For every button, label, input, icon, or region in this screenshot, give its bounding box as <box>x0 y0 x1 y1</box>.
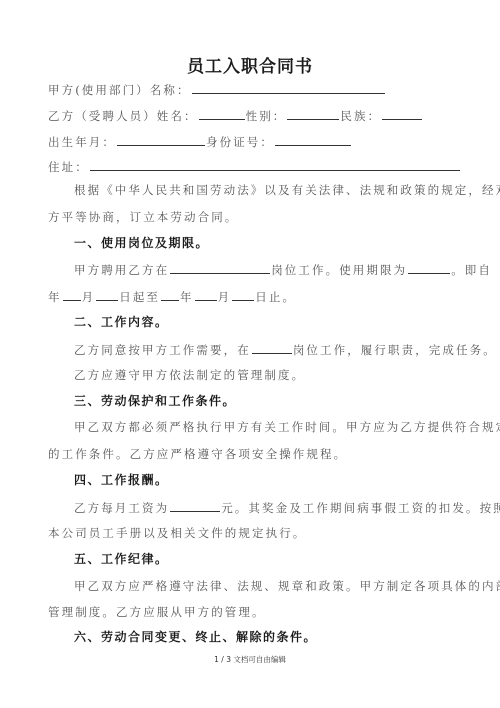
section-2-paragraph-2: 乙方应遵守甲方依法制定的管理制度。 <box>74 368 305 382</box>
start-month-label: 月 <box>82 290 96 304</box>
end-year-label: 年 <box>180 290 194 304</box>
section-5-paragraph-2: 管理制度。乙方应服从甲方的管理。 <box>48 605 266 619</box>
id-number-blank[interactable] <box>275 134 351 146</box>
end-month-label: 月 <box>218 290 232 304</box>
section-1-text-b: 岗位工作。使用期限为 <box>271 263 407 277</box>
section-1-paragraph-2: 年月日起至年月日止。 <box>48 289 296 304</box>
party-b-row: 乙方（受聘人员）姓名：性别：民族： <box>48 108 423 123</box>
end-day-blank[interactable] <box>232 289 254 301</box>
start-year-label: 年 <box>48 290 62 304</box>
birth-label: 出生年月： <box>48 135 116 149</box>
section-3-heading: 三、劳动保护和工作条件。 <box>74 394 236 408</box>
section-3-paragraph-1: 甲乙双方都必须严格执行甲方有关工作时间。甲方应为乙方提供符合规定 <box>74 420 500 434</box>
address-row: 住址： <box>48 159 461 174</box>
party-a-label: 甲方(使用部门）名称： <box>48 83 191 97</box>
party-a-row: 甲方(使用部门）名称： <box>48 82 386 97</box>
section-4-text-a: 乙方每月工资为 <box>74 501 169 515</box>
end-month-blank[interactable] <box>195 289 217 301</box>
section-3-paragraph-2: 的工作条件。乙方应严格遵守各项安全操作规程。 <box>48 447 347 461</box>
name-blank[interactable] <box>199 108 245 120</box>
gender-label: 性别： <box>246 109 287 123</box>
document-page: 员工入职合同书 甲方(使用部门）名称： 乙方（受聘人员）姓名：性别：民族： 出生… <box>0 0 500 708</box>
section-4-paragraph-2: 本公司员工手册以及相关文件的规定执行。 <box>48 526 306 540</box>
section-4-text-b: 元。其奖金及工作期间病事假工资的扣发。按照 <box>221 501 500 515</box>
party-b-label: 乙方（受聘人员）姓名： <box>48 109 198 123</box>
ethnicity-label: 民族： <box>340 109 381 123</box>
end-year-blank[interactable] <box>161 289 179 301</box>
address-blank[interactable] <box>90 159 460 171</box>
section-4-paragraph-1: 乙方每月工资为元。其奖金及工作期间病事假工资的扣发。按照 <box>74 500 500 515</box>
section-5-paragraph-1: 甲乙双方应严格遵守法律、法规、规章和政策。甲方制定各项具体的内部 <box>74 579 500 593</box>
page-footer: 1 / 3 文档可自由编辑 <box>0 654 500 665</box>
job-position-blank[interactable] <box>252 342 292 354</box>
section-4-heading: 四、工作报酬。 <box>74 473 169 487</box>
address-label: 住址： <box>48 160 89 174</box>
gender-blank[interactable] <box>287 108 339 120</box>
section-2-paragraph-1: 乙方同意按甲方工作需要，在岗位工作，履行职责，完成任务。 <box>74 342 497 357</box>
section-1-paragraph-1: 甲方聘用乙方在岗位工作。使用期限为。即自 <box>74 262 492 277</box>
intro-line-1: 根据《中华人民共和国劳动法》以及有关法律、法规和政策的规定，经双 <box>74 183 500 197</box>
section-6-heading: 六、劳动合同变更、终止、解除的条件。 <box>74 630 317 644</box>
document-title: 员工入职合同书 <box>0 52 500 77</box>
end-day-label: 日止。 <box>255 290 296 304</box>
section-2-text-a: 乙方同意按甲方工作需要，在 <box>74 343 251 357</box>
salary-blank[interactable] <box>170 500 220 512</box>
id-label: 身份证号： <box>206 135 274 149</box>
start-day-label: 日起至 <box>119 290 160 304</box>
ethnicity-blank[interactable] <box>382 108 422 120</box>
position-blank[interactable] <box>170 262 270 274</box>
section-2-text-b: 岗位工作，履行职责，完成任务。 <box>293 343 497 357</box>
section-1-heading: 一、使用岗位及期限。 <box>74 236 209 250</box>
period-blank[interactable] <box>408 262 450 274</box>
birth-blank[interactable] <box>117 134 205 146</box>
section-1-text-a: 甲方聘用乙方在 <box>74 263 169 277</box>
section-1-text-c: 。即自 <box>451 263 492 277</box>
start-month-blank[interactable] <box>96 289 118 301</box>
start-year-blank[interactable] <box>63 289 81 301</box>
section-2-heading: 二、工作内容。 <box>74 315 169 329</box>
party-a-name-blank[interactable] <box>192 82 385 94</box>
section-5-heading: 五、工作纪律。 <box>74 552 169 566</box>
intro-line-2: 方平等协商，订立本劳动合同。 <box>48 210 238 224</box>
birth-id-row: 出生年月：身份证号： <box>48 134 352 149</box>
